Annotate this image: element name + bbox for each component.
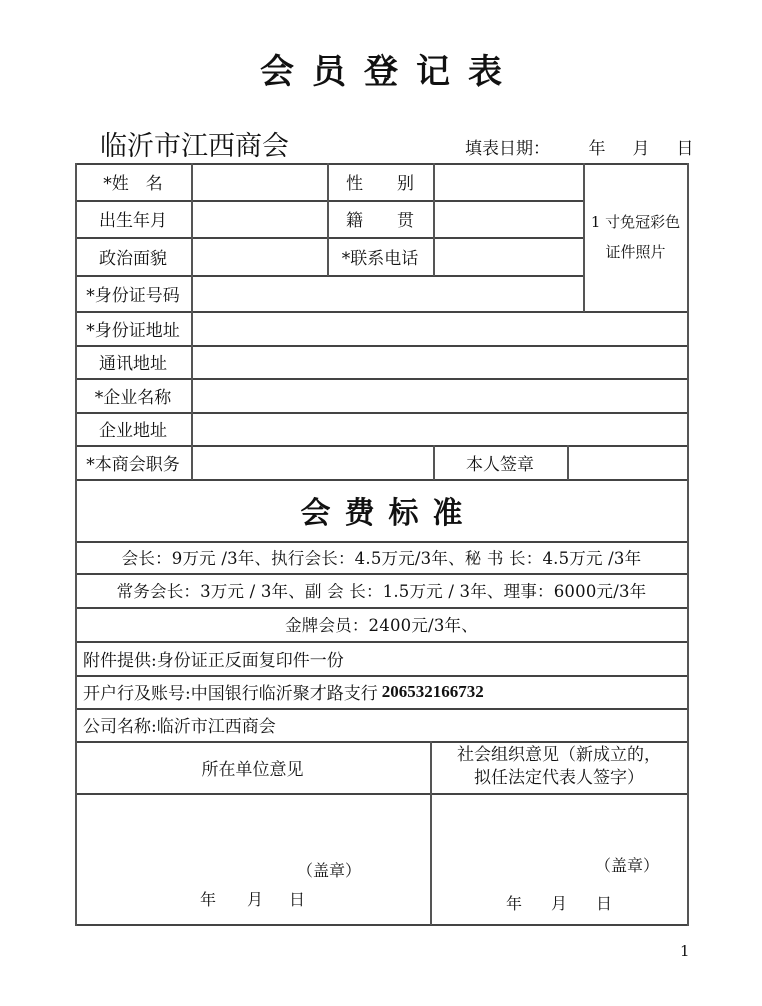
unit-stamp-label: （盖章）	[297, 858, 361, 881]
id-address-field[interactable]	[191, 311, 688, 345]
social-opinion-title-line1: 社会组织意见（新成立的，	[457, 744, 661, 767]
fee-line-2: 常务会长：3万元 / 3年、副 会 长：1.5万元 / 3年、理事：6000元/…	[75, 573, 688, 607]
fee-line-3: 金牌会员：2400元/3年、	[75, 607, 688, 641]
mailing-address-label: 通讯地址	[75, 345, 191, 378]
fill-date-year[interactable]: 年	[575, 134, 619, 159]
photo-line2: 证件照片	[605, 237, 665, 267]
signature-field[interactable]	[567, 445, 688, 479]
unit-opinion-title: 所在单位意见	[75, 741, 430, 793]
phone-label: *联系电话	[327, 237, 433, 275]
chamber-position-field[interactable]	[191, 445, 433, 479]
fill-date-month[interactable]: 月	[619, 134, 663, 159]
chamber-position-label: *本商会职务	[75, 445, 191, 479]
attachments-note: 附件提供:身份证正反面复印件一份	[75, 641, 688, 675]
fill-date: 填表日期：年月日	[465, 134, 707, 159]
social-stamp-label: （盖章）	[595, 853, 659, 876]
fill-date-label: 填表日期：	[465, 134, 575, 159]
gender-field[interactable]	[433, 163, 583, 200]
fee-line-1: 会长：9万元 /3年、执行会长：4.5万元/3年、秘 书 长：4.5万元 /3年	[75, 541, 688, 573]
page-number: 1	[680, 942, 690, 960]
signature-label: 本人签章	[433, 445, 567, 479]
divider	[75, 924, 688, 926]
unit-date-month: 月	[247, 887, 263, 910]
social-date-month: 月	[551, 891, 567, 914]
fee-standard-title: 会费标准	[75, 479, 688, 541]
photo-line1: 1 寸免冠彩色	[591, 207, 680, 237]
name-label: *姓 名	[75, 163, 191, 200]
registration-form-table: *姓 名 性 别 出生年月 籍 贯 政治面貌 *联系电话 *身份证号码 1 寸免…	[75, 163, 688, 925]
political-status-label: 政治面貌	[75, 237, 191, 275]
id-number-field[interactable]	[191, 275, 583, 311]
bank-label: 开户行及账号:中国银行临沂聚才路支行	[83, 679, 378, 704]
organization-name: 临沂市江西商会	[100, 124, 289, 163]
birth-date-field[interactable]	[191, 200, 327, 237]
bank-account-number: 206532166732	[382, 682, 484, 702]
social-date-year: 年	[506, 891, 522, 914]
native-place-label: 籍 贯	[327, 200, 433, 237]
company-address-label: 企业地址	[75, 412, 191, 445]
unit-date-year: 年	[200, 887, 216, 910]
phone-field[interactable]	[433, 237, 583, 275]
fill-date-day[interactable]: 日	[663, 134, 707, 159]
document-title: 会员登记表	[0, 44, 762, 93]
political-status-field[interactable]	[191, 237, 327, 275]
id-address-label: *身份证地址	[75, 311, 191, 345]
id-number-label: *身份证号码	[75, 275, 191, 311]
company-name-note: 公司名称:临沂市江西商会	[75, 708, 688, 741]
social-opinion-title: 社会组织意见（新成立的， 拟任法定代表人签字）	[430, 741, 688, 793]
gender-label: 性 别	[327, 163, 433, 200]
name-field[interactable]	[191, 163, 327, 200]
bank-info: 开户行及账号:中国银行临沂聚才路支行206532166732	[75, 675, 688, 708]
company-address-field[interactable]	[191, 412, 688, 445]
company-name-label: *企业名称	[75, 378, 191, 412]
social-date-day: 日	[596, 891, 612, 914]
birth-date-label: 出生年月	[75, 200, 191, 237]
social-opinion-title-line2: 拟任法定代表人签字）	[474, 767, 644, 790]
photo-box[interactable]: 1 寸免冠彩色 证件照片	[583, 163, 688, 311]
company-name-field[interactable]	[191, 378, 688, 412]
mailing-address-field[interactable]	[191, 345, 688, 378]
unit-date-day: 日	[289, 887, 305, 910]
native-place-field[interactable]	[433, 200, 583, 237]
